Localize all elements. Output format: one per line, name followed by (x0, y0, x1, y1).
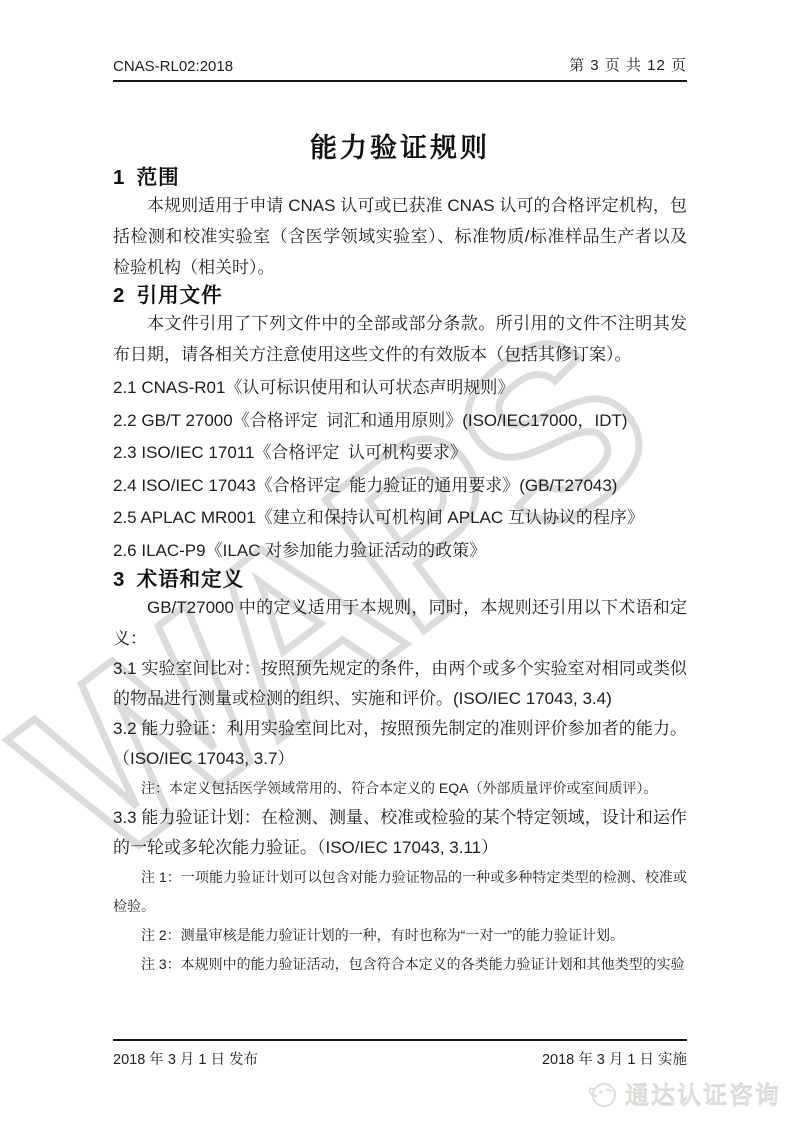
brand-name: 通达认证咨询 (625, 1076, 781, 1111)
section-1-paragraph: 本规则适用于申请 CNAS 认可或已获准 CNAS 认可的合格评定机构，包括检测… (113, 190, 687, 283)
section-3-intro: GB/T27000 中的定义适用于本规则，同时，本规则还引用以下术语和定义： (113, 592, 687, 654)
term-definition-3-3: 3.3 能力验证计划：在检测、测量、校准或检验的某个特定领域，设计和运作的一轮或… (113, 803, 687, 863)
section-2-heading: 2 引用文件 (113, 283, 687, 308)
page-header: CNAS-RL02:2018 第 3 页 共 12 页 (113, 54, 687, 82)
reference-item: 2.4 ISO/IEC 17043《合格评定 能力验证的通用要求》(GB/T27… (113, 470, 687, 503)
reference-item: 2.3 ISO/IEC 17011《合格评定 认可机构要求》 (113, 437, 687, 470)
release-date: 2018 年 3 月 1 日 发布 (113, 1048, 258, 1069)
reference-item: 2.2 GB/T 27000《合格评定 词汇和通用原则》(ISO/IEC1700… (113, 405, 687, 438)
brand-logo-icon (585, 1078, 619, 1110)
references-list: 2.1 CNAS-R01《认可标识使用和认可状态声明规则》 2.2 GB/T 2… (113, 372, 687, 567)
document-page: WAPS CNAS-RL02:2018 第 3 页 共 12 页 能力验证规则 … (0, 0, 793, 1122)
document-body: 能力验证规则 1 范围 本规则适用于申请 CNAS 认可或已获准 CNAS 认可… (113, 86, 687, 979)
term-definition-3-2: 3.2 能力验证：利用实验室间比对，按照预先制定的准则评价参加者的能力。（ISO… (113, 714, 687, 774)
term-note-3-3-1: 注 1：一项能力验证计划可以包含对能力验证物品的一种或多种特定类型的检测、校准或… (113, 863, 687, 921)
document-title: 能力验证规则 (113, 131, 687, 165)
term-note-3-2: 注：本定义包括医学领域常用的、符合本定义的 EQA（外部质量评价或室间质评）。 (113, 774, 687, 803)
reference-item: 2.5 APLAC MR001《建立和保持认可机构间 APLAC 互认协议的程序… (113, 502, 687, 535)
section-1-heading: 1 范围 (113, 165, 687, 190)
section-2-intro: 本文件引用了下列文件中的全部或部分条款。所引用的文件不注明其发布日期，请各相关方… (113, 308, 687, 370)
term-note-3-3-2: 注 2：测量审核是能力验证计划的一种，有时也称为“一对一”的能力验证计划。 (113, 921, 687, 950)
page-footer: 2018 年 3 月 1 日 发布 2018 年 3 月 1 日 实施 (113, 1039, 687, 1069)
section-3-heading: 3 术语和定义 (113, 567, 687, 592)
reference-item: 2.6 ILAC-P9《ILAC 对参加能力验证活动的政策》 (113, 535, 687, 568)
brand-badge: 通达认证咨询 (585, 1076, 781, 1111)
doc-code: CNAS-RL02:2018 (113, 58, 233, 75)
term-note-3-3-3: 注 3：本规则中的能力验证活动，包含符合本定义的各类能力验证计划和其他类型的实验 (113, 950, 687, 979)
page-indicator: 第 3 页 共 12 页 (569, 54, 687, 75)
implementation-date: 2018 年 3 月 1 日 实施 (542, 1048, 687, 1069)
reference-item: 2.1 CNAS-R01《认可标识使用和认可状态声明规则》 (113, 372, 687, 405)
term-definition-3-1: 3.1 实验室间比对：按照预先规定的条件，由两个或多个实验室对相同或类似的物品进… (113, 654, 687, 714)
